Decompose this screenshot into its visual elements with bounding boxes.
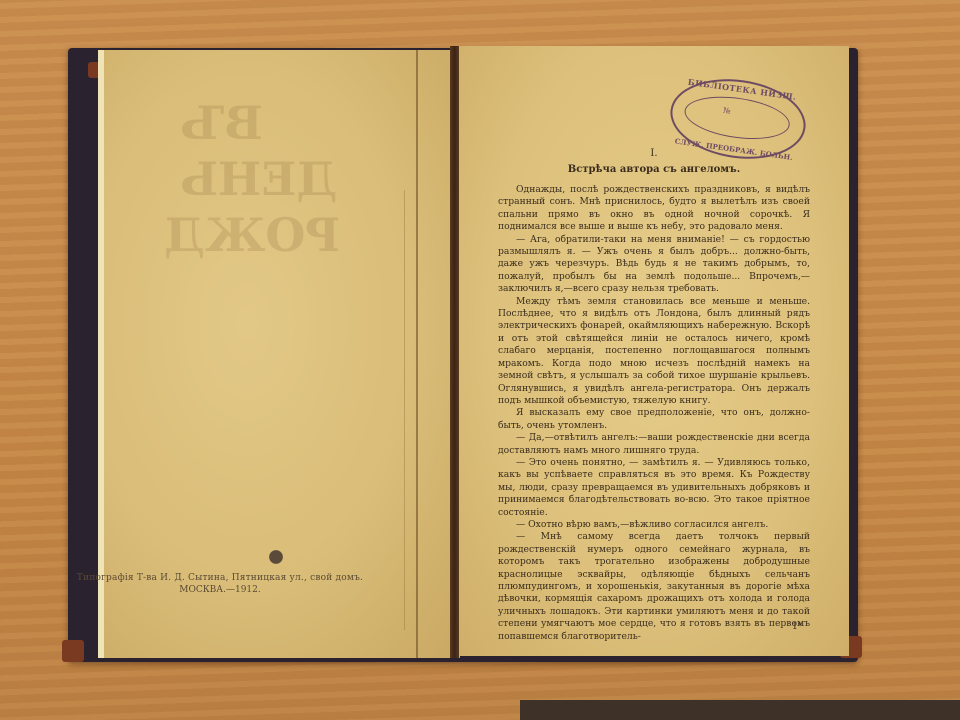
- stamp-number: №: [722, 106, 731, 116]
- chapter-number: I.: [459, 148, 849, 159]
- page-crease: [404, 190, 405, 630]
- page-number: 1*: [792, 622, 802, 632]
- book-spine-gutter: [450, 46, 459, 658]
- imprint-city-year: МОСКВА.—1912.: [40, 585, 400, 595]
- page-crease: [416, 50, 418, 658]
- printer-imprint: Типографія Т-ва И. Д. Сытина, Пятницкая …: [40, 573, 400, 583]
- paragraph: — Это очень понятно, — замѣтилъ я. — Уди…: [498, 457, 810, 519]
- paragraph: Однажды, послѣ рождественскихъ празднико…: [498, 184, 810, 234]
- chapter-body: Однажды, послѣ рождественскихъ празднико…: [498, 184, 810, 643]
- paragraph: — Да,—отвѣтилъ ангелъ:—ваши рождественск…: [498, 432, 810, 457]
- paragraph: — Охотно вѣрю вамъ,—вѣжливо согласился а…: [498, 519, 810, 531]
- double-headed-eagle-icon: [268, 549, 284, 569]
- paragraph: Между тѣмъ земля становилась все меньше …: [498, 296, 810, 408]
- chapter-title: Встрѣча автора съ ангеломъ.: [459, 164, 849, 175]
- table-shadow: [520, 700, 960, 720]
- paragraph: Я высказалъ ему свое предположеніе, что …: [498, 407, 810, 432]
- paragraph: — Мнѣ самому всегда даетъ толчокъ первый…: [498, 531, 810, 643]
- cover-corner: [62, 640, 84, 662]
- bleed-through-text: ВЪ ДЕНЬ РОЖД: [180, 95, 340, 263]
- paragraph: — Ага, обратили-таки на меня вниманіе! —…: [498, 234, 810, 296]
